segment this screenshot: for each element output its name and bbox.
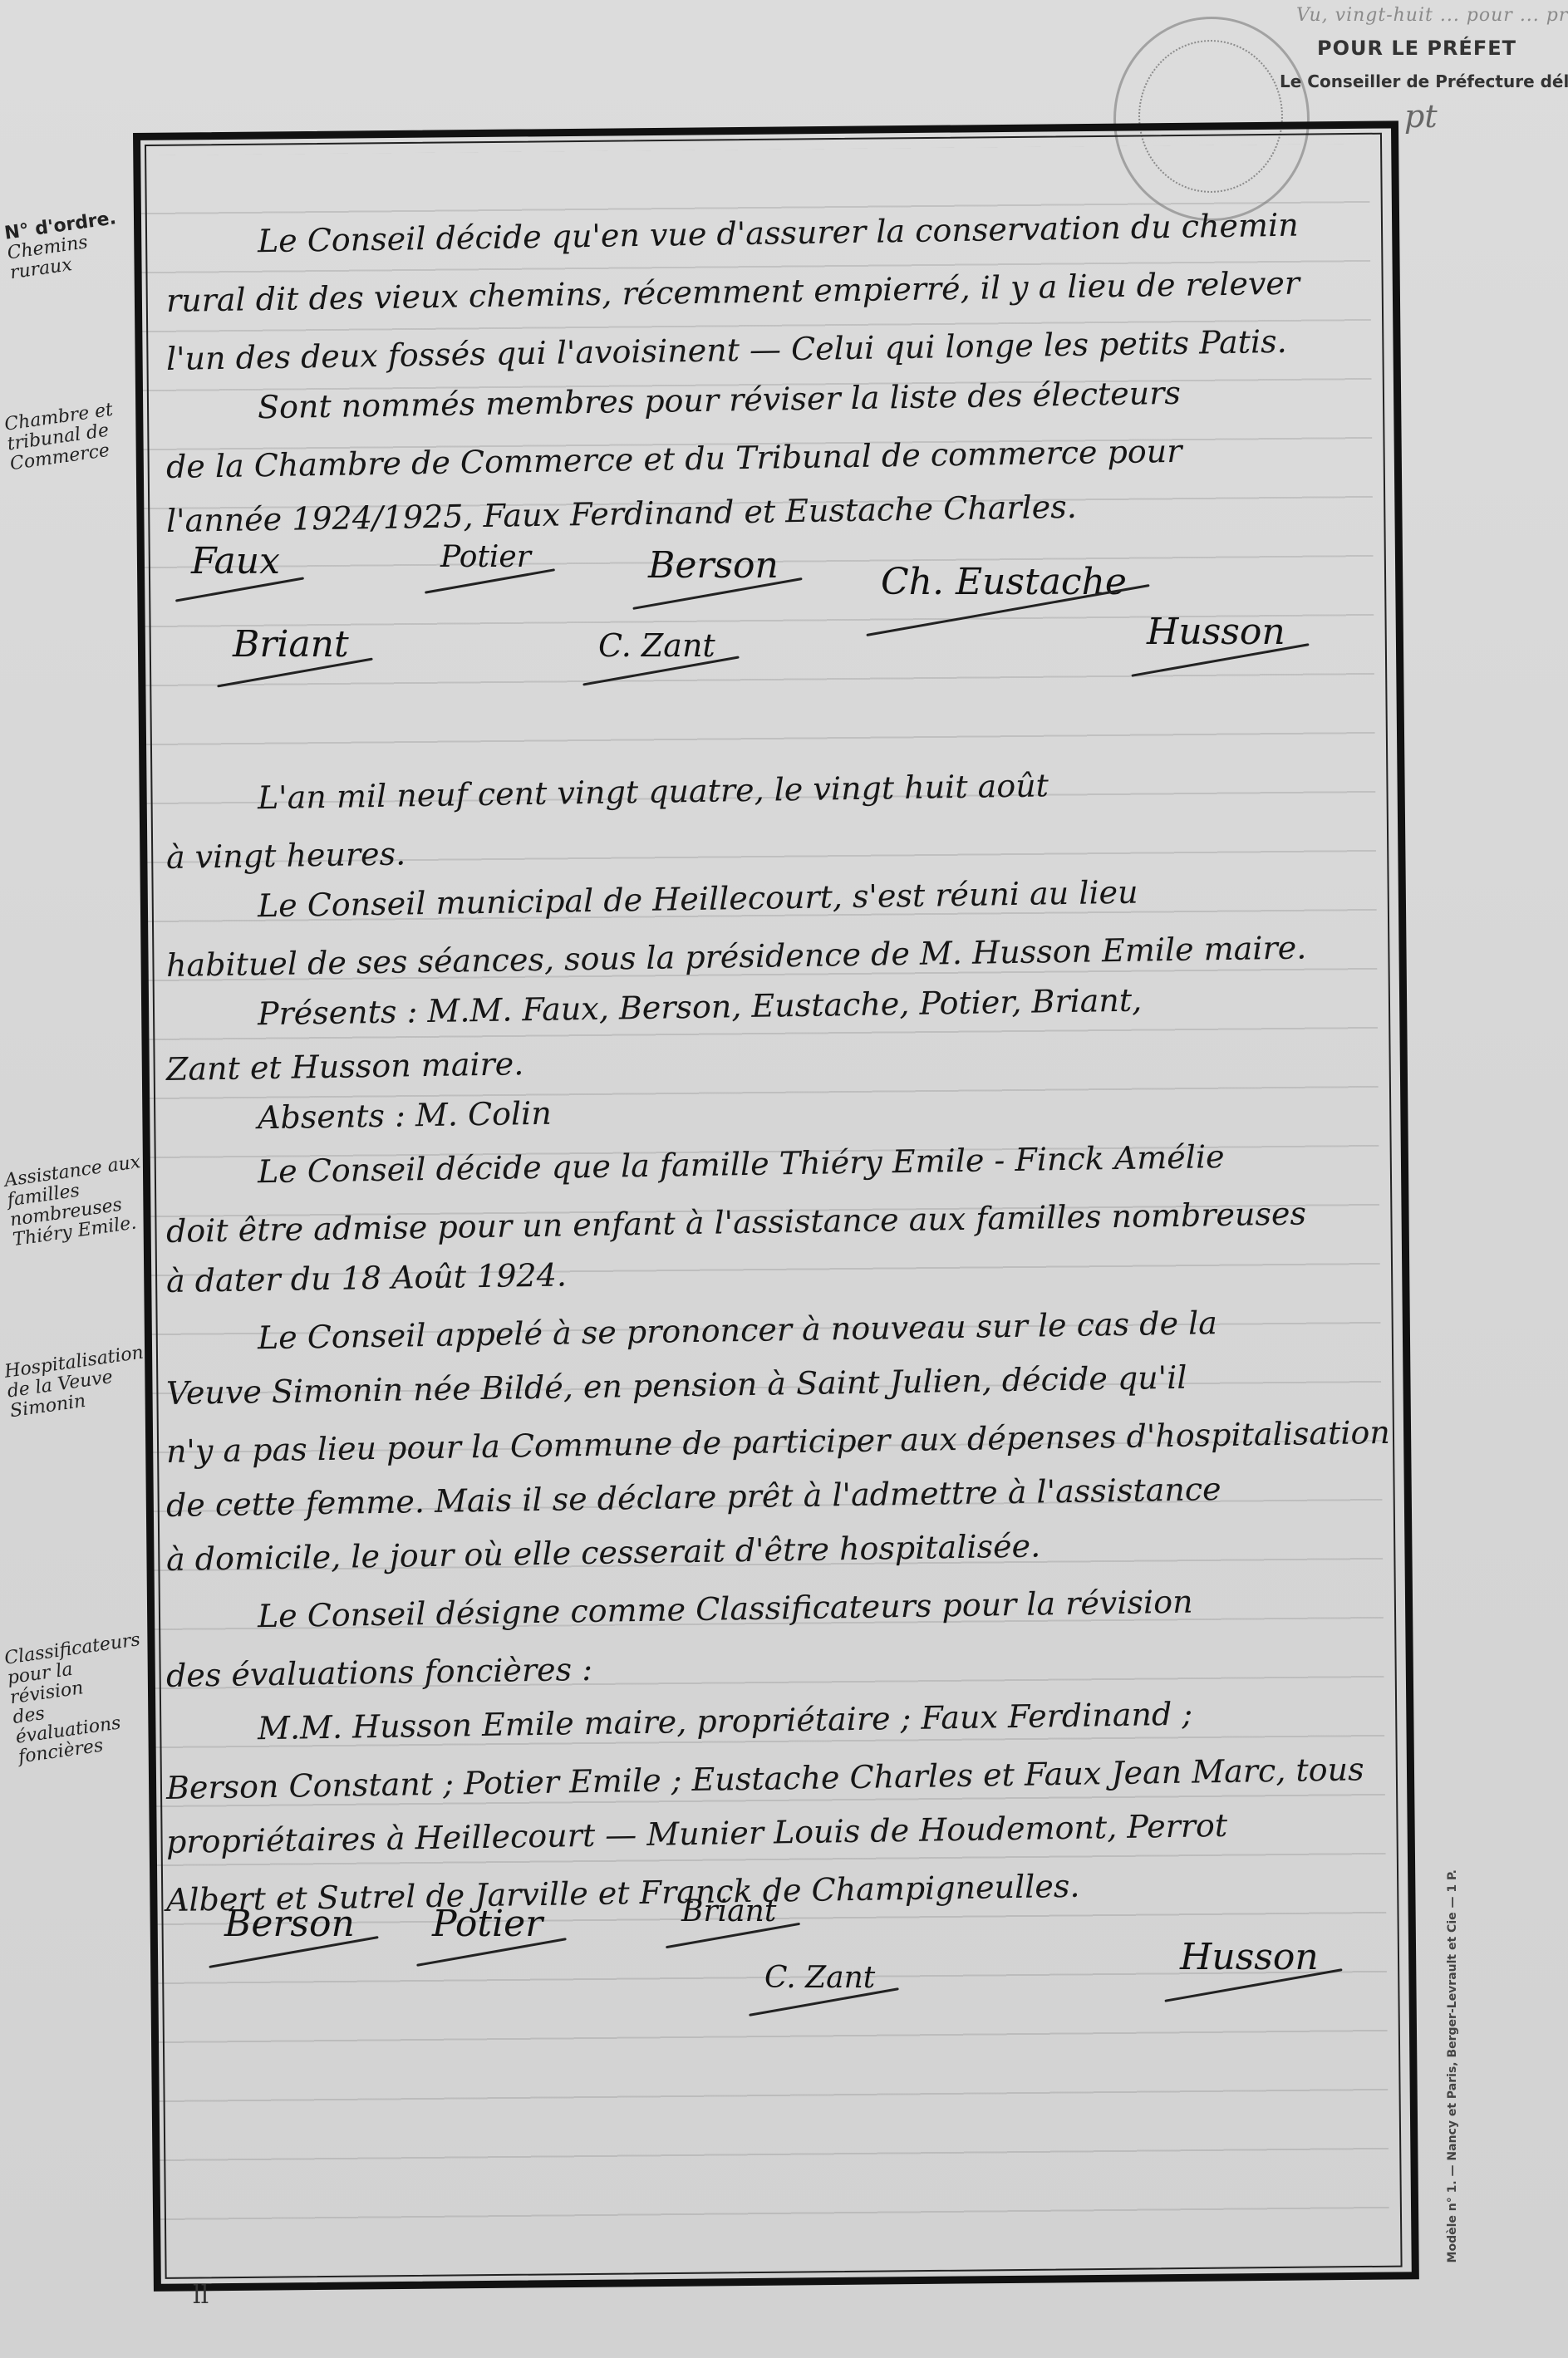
signature-berson: Berson (648, 544, 779, 587)
signature-potier: Potier (440, 540, 531, 574)
margin-note-classificateurs: Classificateurs pour la révision des éva… (3, 1629, 160, 1767)
signature-briant: Briant (681, 1894, 776, 1928)
signature-zant: C. Zant (598, 627, 715, 664)
signature-husson-maire: Husson (1147, 611, 1285, 653)
pencil-mark: ll (193, 2281, 209, 2310)
signature-potier: Potier (432, 1903, 543, 1945)
text-line: Absents : M. Colin (166, 1095, 552, 1137)
signature-faux: Faux (191, 540, 280, 582)
printer-imprint: Modèle n° 1. — Nancy et Paris, Berger-Le… (1446, 1869, 1459, 2262)
text-line: des évaluations foncières : (166, 1651, 593, 1694)
signature-berson: Berson (224, 1903, 355, 1945)
signature-eustache: Ch. Eustache (881, 561, 1127, 603)
stamp-initials: pt (1404, 98, 1438, 135)
header-faint-note: Vu, vingt-huit ... pour ... prefet (1296, 5, 1568, 26)
text-line: à vingt heures. (166, 835, 406, 876)
signature-zant: C. Zant (764, 1961, 875, 1995)
signature-briant: Briant (233, 623, 349, 666)
stamp-pour-le-prefet: POUR LE PRÉFET (1317, 37, 1516, 60)
stamp-conseiller-line: Le Conseiller de Préfecture délégué (1280, 71, 1568, 91)
signature-husson-maire: Husson (1180, 1936, 1319, 1978)
text-line: à dater du 18 Août 1924. (166, 1256, 568, 1299)
text-line: Zant et Husson maire. (166, 1045, 524, 1088)
